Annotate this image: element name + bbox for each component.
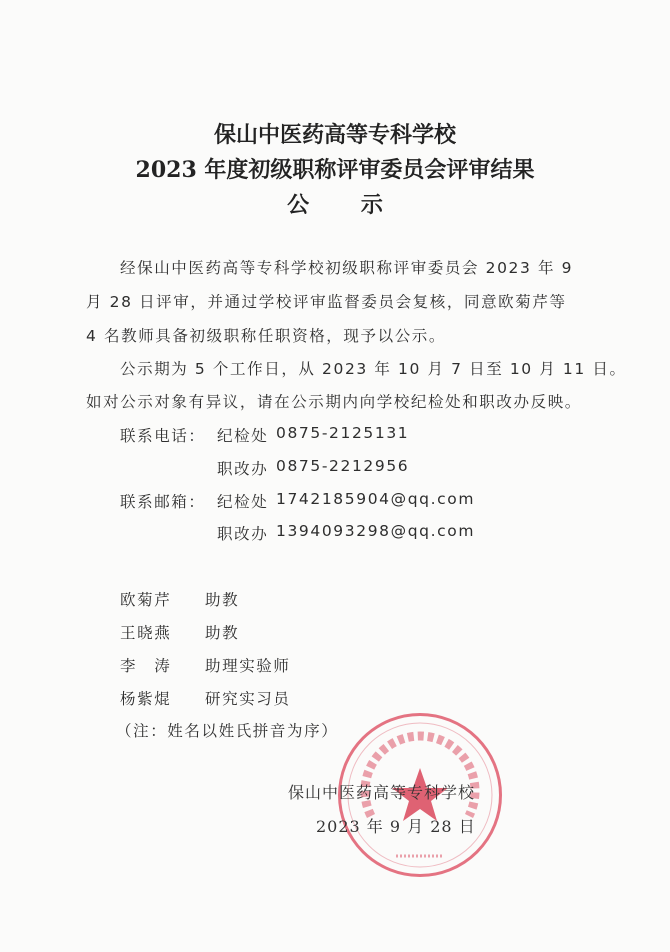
contact-phone-2: 0875-2212956 (276, 457, 409, 475)
candidate-title: 助教 (205, 588, 239, 610)
paragraph1-line3: 4 名教师具备初级职称任职资格，现予以公示。 (86, 324, 446, 346)
signature-date: 2023 年 9 月 28 日 (316, 814, 476, 837)
candidate-name: 杨紫焜 (120, 687, 171, 709)
contact-phone-dept-2: 职改办 (217, 457, 268, 479)
candidate-name: 欧菊芹 (120, 588, 171, 610)
contact-phone-1: 0875-2125131 (276, 424, 409, 442)
contact-email-1: 1742185904@qq.com (276, 490, 475, 508)
contact-email-2: 1394093298@qq.com (276, 522, 475, 540)
doc-title-notice: 公 示 (0, 188, 670, 219)
paragraph1-line2: 月 28 日评审，并通过学校评审监督委员会复核，同意欧菊芹等 (86, 290, 567, 312)
candidate-title: 助理实验师 (205, 654, 291, 676)
contact-email-dept-1: 纪检处 (217, 490, 268, 512)
doc-title-school: 保山中医药高等专科学校 (0, 118, 670, 149)
candidate-name: 李 涛 (120, 654, 171, 676)
candidate-name: 王晓燕 (120, 621, 171, 643)
doc-title-subject: 2023 年度初级职称评审委员会评审结果 (0, 153, 670, 184)
document-page: 保山中医药高等专科学校 2023 年度初级职称评审委员会评审结果 公 示 经保山… (0, 0, 670, 952)
contact-email-label: 联系邮箱： (120, 490, 206, 512)
paragraph2-line1: 公示期为 5 个工作日，从 2023 年 10 月 7 日至 10 月 11 日… (120, 357, 627, 379)
paragraph1-line1: 经保山中医药高等专科学校初级职称评审委员会 2023 年 9 (120, 256, 573, 278)
contact-phone-label: 联系电话： (120, 424, 206, 446)
contact-email-dept-2: 职改办 (217, 522, 268, 544)
candidate-title: 研究实习员 (205, 687, 291, 709)
signature-org: 保山中医药高等专科学校 (288, 780, 475, 803)
paragraph2-line2: 如对公示对象有异议，请在公示期内向学校纪检处和职改办反映。 (86, 390, 582, 412)
sort-note: （注：姓名以姓氏拼音为序） (116, 719, 338, 741)
contact-phone-dept-1: 纪检处 (217, 424, 268, 446)
candidate-title: 助教 (205, 621, 239, 643)
